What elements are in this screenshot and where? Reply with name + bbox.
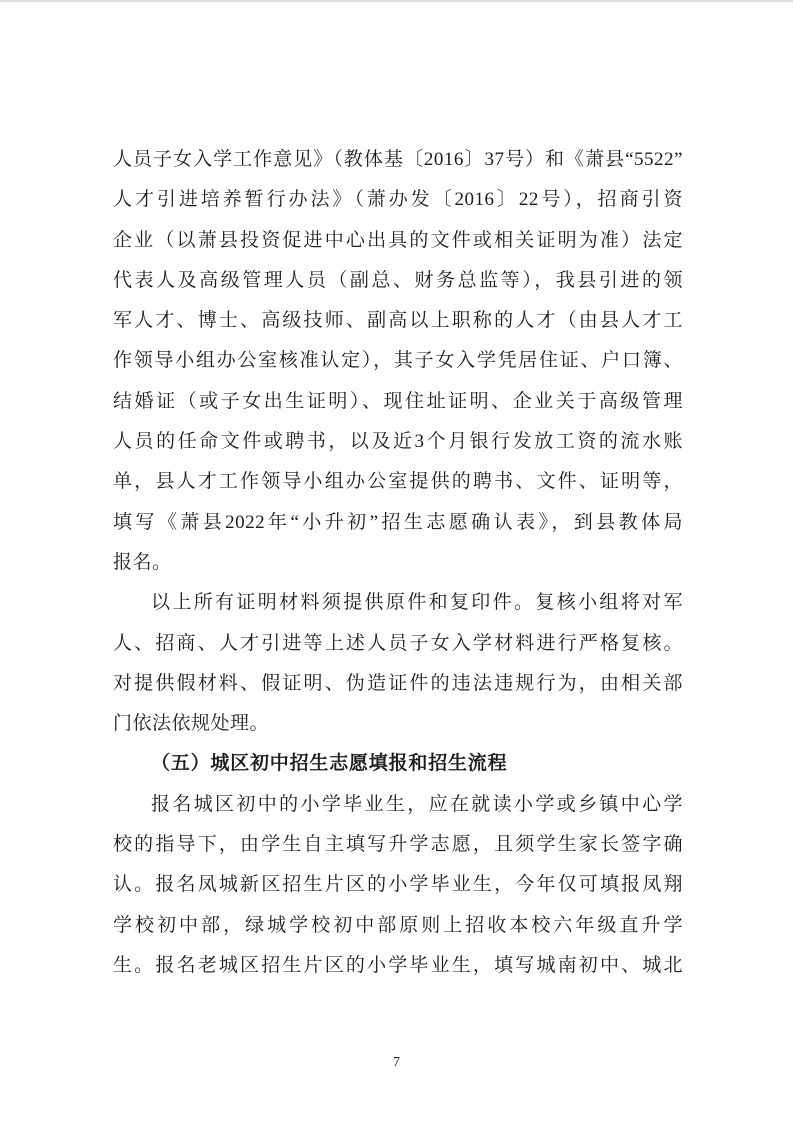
text-line: 门依法依规处理。 [113,704,683,744]
text-line: 军人才、博士、高级技师、副高以上职称的人才（由县人才工 [113,301,683,341]
paragraph-material-review: 以上所有证明材料须提供原件和复印件。复核小组将对军人、招商、人才引进等上述人员子… [113,583,683,744]
text-line: 企业（以萧县投资促进中心出具的文件或相关证明为准）法定 [113,221,683,261]
text-line: 填写《萧县2022年“小升初”招生志愿确认表》，到县教体局 [113,503,683,543]
text-line: 单，县人才工作领导小组办公室提供的聘书、文件、证明等， [113,462,683,502]
scan-edge-artifact [0,0,793,2]
text-line: 作领导小组办公室核准认定），其子女入学凭居住证、户口簿、 [113,341,683,381]
paragraph-urban-enrollment-process: 报名城区初中的小学毕业生，应在就读小学或乡镇中心学校的指导下，由学生自主填写升学… [113,785,683,986]
text-line: 人、招商、人才引进等上述人员子女入学材料进行严格复核。 [113,624,683,664]
text-line: 人员子女入学工作意见》（教体基〔2016〕37号）和《萧县“5522” [113,140,683,180]
paragraph-talent-enrollment-materials: 人员子女入学工作意见》（教体基〔2016〕37号）和《萧县“5522”人才引进培… [113,140,683,583]
text-line: 代表人及高级管理人员（副总、财务总监等），我县引进的领 [113,261,683,301]
page-number: 7 [0,1055,793,1071]
text-line: 认。报名凤城新区招生片区的小学毕业生，今年仅可填报凤翔 [113,865,683,905]
text-line: 学校初中部，绿城学校初中部原则上招收本校六年级直升学 [113,906,683,946]
text-line: 人员的任命文件或聘书，以及近3个月银行发放工资的流水账 [113,422,683,462]
text-line: 结婚证（或子女出生证明）、现住址证明、企业关于高级管理 [113,382,683,422]
text-line: 生。报名老城区招生片区的小学毕业生，填写城南初中、城北 [113,946,683,986]
text-line: 报名。 [113,543,683,583]
document-text-block: 人员子女入学工作意见》（教体基〔2016〕37号）和《萧县“5522”人才引进培… [113,140,683,986]
document-page: { "document": { "page_number": "7", "par… [0,0,793,1122]
text-line: 校的指导下，由学生自主填写升学志愿，且须学生家长签字确 [113,825,683,865]
text-line: 对提供假材料、假证明、伪造证件的违法违规行为，由相关部 [113,664,683,704]
section-heading-line: （五）城区初中招生志愿填报和招生流程 [113,744,683,784]
section-heading: （五）城区初中招生志愿填报和招生流程 [113,744,683,784]
text-line: 报名城区初中的小学毕业生，应在就读小学或乡镇中心学 [113,785,683,825]
text-line: 以上所有证明材料须提供原件和复印件。复核小组将对军 [113,583,683,623]
text-line: 人才引进培养暂行办法》（萧办发〔2016〕22号），招商引资 [113,180,683,220]
